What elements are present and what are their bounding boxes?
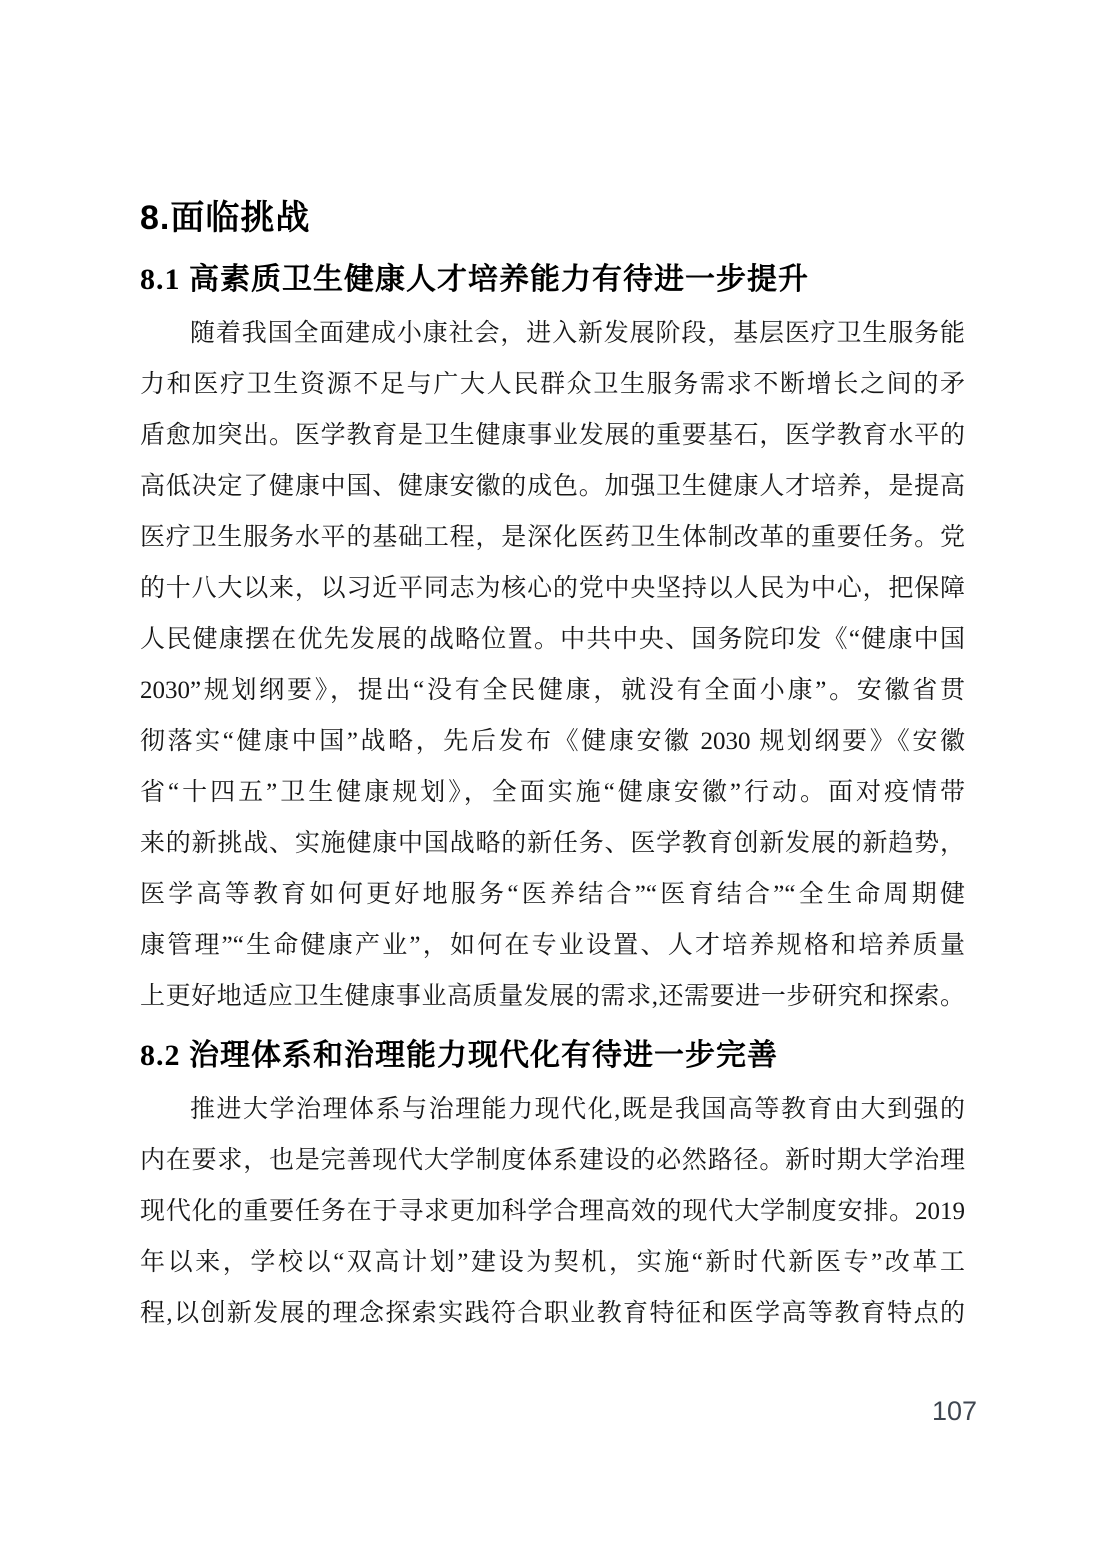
text-line: 医疗卫生服务水平的基础工程，是深化医药卫生体制改革的重要任务。党 bbox=[140, 512, 965, 563]
text-line: 程,以创新发展的理念探索实践符合职业教育特征和医学高等教育特点的 bbox=[140, 1288, 965, 1339]
text-line: 彻落实“健康中国”战略，先后发布《健康安徽 2030 规划纲要》《安徽 bbox=[140, 716, 965, 767]
text-line: 随着我国全面建成小康社会，进入新发展阶段，基层医疗卫生服务能 bbox=[140, 308, 965, 359]
text-line: 人民健康摆在优先发展的战略位置。中共中央、国务院印发《“健康中国 bbox=[140, 614, 965, 665]
text-line: 的十八大以来，以习近平同志为核心的党中央坚持以人民为中心，把保障 bbox=[140, 563, 965, 614]
text-line: 医学高等教育如何更好地服务“医养结合”“医育结合”“全生命周期健 bbox=[140, 869, 965, 920]
section-heading-8-2: 8.2 治理体系和治理能力现代化有待进一步完善 bbox=[140, 1038, 965, 1074]
text-line: 盾愈加突出。医学教育是卫生健康事业发展的重要基石，医学教育水平的 bbox=[140, 410, 965, 461]
text-line: 现代化的重要任务在于寻求更加科学合理高效的现代大学制度安排。2019 bbox=[140, 1186, 965, 1237]
text-line: 康管理”“生命健康产业”，如何在专业设置、人才培养规格和培养质量 bbox=[140, 920, 965, 971]
text-line: 年以来，学校以“双高计划”建设为契机，实施“新时代新医专”改革工 bbox=[140, 1237, 965, 1288]
text-line: 省“十四五”卫生健康规划》，全面实施“健康安徽”行动。面对疫情带 bbox=[140, 767, 965, 818]
text-line: 高低决定了健康中国、健康安徽的成色。加强卫生健康人才培养，是提高 bbox=[140, 461, 965, 512]
text-line: 内在要求，也是完善现代大学制度体系建设的必然路径。新时期大学治理 bbox=[140, 1135, 965, 1186]
chapter-heading: 8.面临挑战 bbox=[140, 200, 965, 236]
text-line: 力和医疗卫生资源不足与广大人民群众卫生服务需求不断增长之间的矛 bbox=[140, 359, 965, 410]
text-line: 上更好地适应卫生健康事业高质量发展的需求,还需要进一步研究和探索。 bbox=[140, 971, 965, 1022]
section-8-1-paragraph: 随着我国全面建成小康社会，进入新发展阶段，基层医疗卫生服务能力和医疗卫生资源不足… bbox=[140, 308, 965, 1022]
text-line: 推进大学治理体系与治理能力现代化,既是我国高等教育由大到强的 bbox=[140, 1084, 965, 1135]
page-number: 107 bbox=[932, 1396, 977, 1426]
page-content: 8.面临挑战 8.1 高素质卫生健康人才培养能力有待进一步提升 随着我国全面建成… bbox=[140, 0, 965, 1339]
section-heading-8-1: 8.1 高素质卫生健康人才培养能力有待进一步提升 bbox=[140, 262, 965, 298]
section-8-2-paragraph: 推进大学治理体系与治理能力现代化,既是我国高等教育由大到强的内在要求，也是完善现… bbox=[140, 1084, 965, 1339]
text-line: 来的新挑战、实施健康中国战略的新任务、医学教育创新发展的新趋势， bbox=[140, 818, 965, 869]
document-page: 8.面临挑战 8.1 高素质卫生健康人才培养能力有待进一步提升 随着我国全面建成… bbox=[0, 0, 1102, 1559]
text-line: 2030”规划纲要》，提出“没有全民健康，就没有全面小康”。安徽省贯 bbox=[140, 665, 965, 716]
